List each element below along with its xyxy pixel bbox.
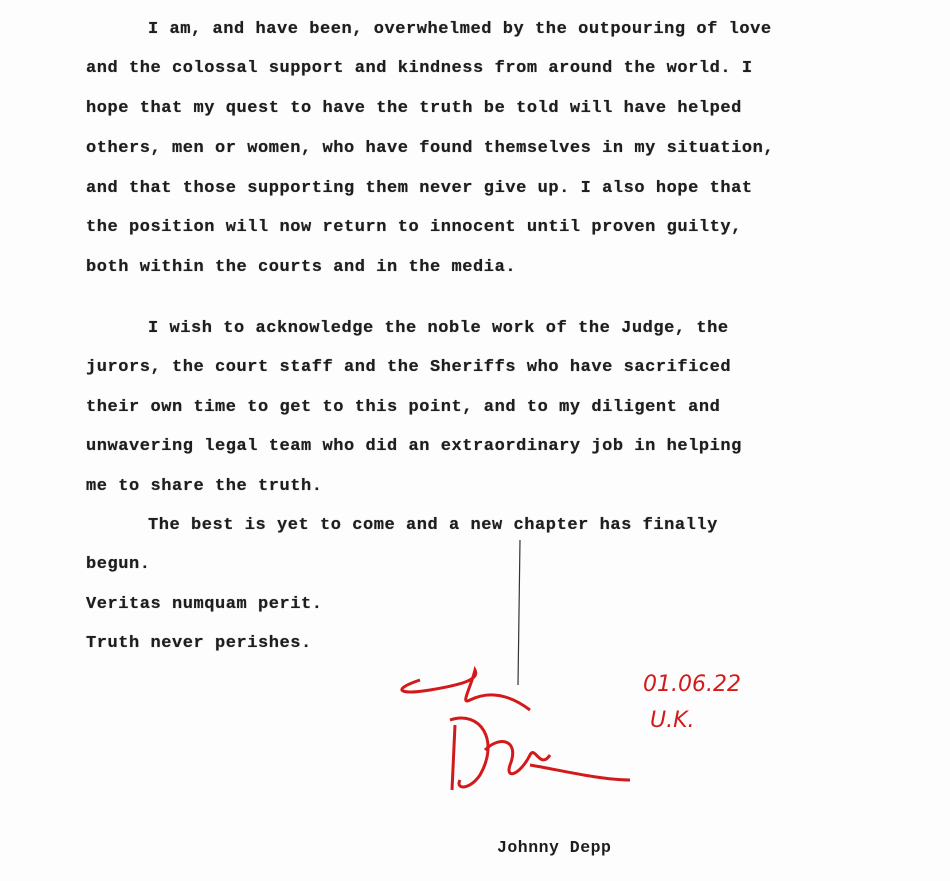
p1-line-5: and that those supporting them never giv… — [86, 179, 753, 198]
p1-line-7: both within the courts and in the media. — [86, 258, 516, 277]
p1-line-6: the position will now return to innocent… — [86, 218, 742, 237]
typed-letter: I am, and have been, overwhelmed by the … — [0, 0, 950, 881]
p1-line-1: I am, and have been, overwhelmed by the … — [148, 20, 772, 39]
handwritten-date: 01.06.22 — [643, 672, 741, 697]
p2-line-5: me to share the truth. — [86, 477, 323, 496]
closing-latin: Veritas numquam perit. — [86, 595, 323, 614]
p2-line-4: unwavering legal team who did an extraor… — [86, 437, 742, 456]
signatory-name: Johnny Depp — [497, 838, 611, 857]
p3-line-2: begun. — [86, 555, 151, 574]
handwritten-place: U.K. — [650, 708, 695, 733]
p3-line-1: The best is yet to come and a new chapte… — [148, 516, 718, 535]
p2-line-3: their own time to get to this point, and… — [86, 398, 720, 417]
p1-line-2: and the colossal support and kindness fr… — [86, 59, 753, 78]
p1-line-3: hope that my quest to have the truth be … — [86, 99, 742, 118]
closing-english: Truth never perishes. — [86, 634, 312, 653]
handwritten-signature — [370, 540, 670, 800]
p2-line-2: jurors, the court staff and the Sheriffs… — [86, 358, 731, 377]
p1-line-4: others, men or women, who have found the… — [86, 139, 774, 158]
p2-line-1: I wish to acknowledge the noble work of … — [148, 319, 729, 338]
